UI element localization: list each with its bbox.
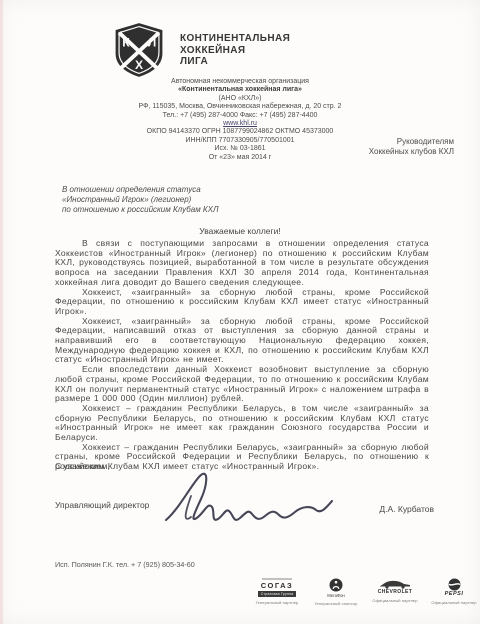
sponsor-caption: Генеральный спонсор [313, 601, 359, 606]
scanned-letter-page: К Л Х КОНТИНЕНТАЛЬНАЯ ХОККЕЙНАЯ ЛИГА Авт… [0, 0, 480, 624]
sogaz-logo: СОГАЗ [254, 581, 300, 590]
org-phone-fax: Тел.: +7 (495) 287-4000 Факс: +7 (495) 2… [0, 112, 480, 120]
org-short-name: (АНО «КХЛ») [0, 95, 480, 103]
body-paragraph: Хоккеист, «заигранный» за сборную любой … [55, 288, 429, 317]
body-paragraph: В связи с поступающими запросами в отнош… [55, 239, 429, 288]
director-title: Управляющий директор [55, 500, 149, 510]
org-address: РФ, 115035, Москва, Овчинниковская набер… [0, 103, 480, 111]
subject-block: В отношении определения статуса «Иностра… [62, 185, 218, 214]
executor-line: Исп. Полянин Г.К. тел. + 7 (925) 805-34-… [55, 560, 195, 569]
sponsor-caption: Официальный партнер [431, 600, 477, 605]
recipient-block: Руководителям Хоккейных клубов КХЛ [369, 137, 454, 156]
body-paragraph: Если впоследствии данный Хоккеист возобн… [55, 365, 429, 404]
shield-letter-l: Л [148, 36, 157, 50]
salutation: Уважаемые коллеги! [0, 226, 480, 236]
league-title-line2: ХОККЕЙНАЯ [180, 45, 290, 57]
org-name: «Континентальная хоккейная лига» [0, 86, 480, 94]
megafon-logo: МегаФон [313, 593, 359, 598]
org-okpo-line: ОКПО 94143370 ОГРН 1087799024862 ОКТМО 4… [0, 128, 480, 136]
sogaz-topline [262, 578, 292, 580]
signature-scribble-icon [158, 466, 343, 541]
subject-line1: В отношении определения статуса [62, 185, 218, 195]
sponsor-caption: Генеральный партнер [254, 600, 300, 605]
letter-body: В связи с поступающими запросами в отнош… [55, 239, 429, 472]
shield-letter-h: Х [135, 58, 143, 72]
megafon-icon [313, 578, 359, 592]
director-name: Д.А. Курбатов [379, 504, 434, 514]
recipient-line1: Руководителям [369, 137, 454, 147]
closing-regards: С уважением, [55, 461, 110, 471]
subject-line2: «Иностранный Игрок» (легионер) [62, 195, 218, 205]
sponsor-megafon: МегаФон Генеральный спонсор [313, 578, 359, 606]
chevrolet-car-icon [372, 578, 418, 589]
sponsor-logos-row: СОГАЗ Страховая Группа Генеральный партн… [254, 578, 477, 606]
recipient-line2: Хоккейных клубов КХЛ [369, 147, 454, 157]
sponsor-caption: Официальный партнер [372, 598, 418, 603]
league-title: КОНТИНЕНТАЛЬНАЯ ХОККЕЙНАЯ ЛИГА [180, 33, 290, 68]
sponsor-sogaz: СОГАЗ Страховая Группа Генеральный партн… [254, 578, 300, 605]
pepsi-logo: PEPSI [431, 591, 477, 597]
body-paragraph: Хоккеист, «заигранный» за сборную любой … [55, 317, 429, 366]
khl-shield-icon: К Л Х [113, 22, 165, 83]
sponsor-chevrolet: CHEVROLET Официальный партнер [372, 578, 418, 603]
chevrolet-logo: CHEVROLET [372, 589, 418, 595]
sogaz-bar-label: Страховая Группа [258, 591, 296, 597]
shield-letter-k: К [122, 36, 130, 50]
league-title-line3: ЛИГА [180, 56, 290, 68]
body-paragraph: Хоккеист – гражданин Республики Беларусь… [55, 404, 429, 443]
subject-line3: по отношению к российским Клубам КХЛ [62, 205, 218, 215]
sponsor-pepsi: PEPSI Официальный партнер [431, 578, 477, 605]
website-link: www.khl.ru [223, 120, 257, 127]
league-title-line1: КОНТИНЕНТАЛЬНАЯ [180, 33, 290, 45]
pepsi-globe-icon [431, 578, 477, 591]
